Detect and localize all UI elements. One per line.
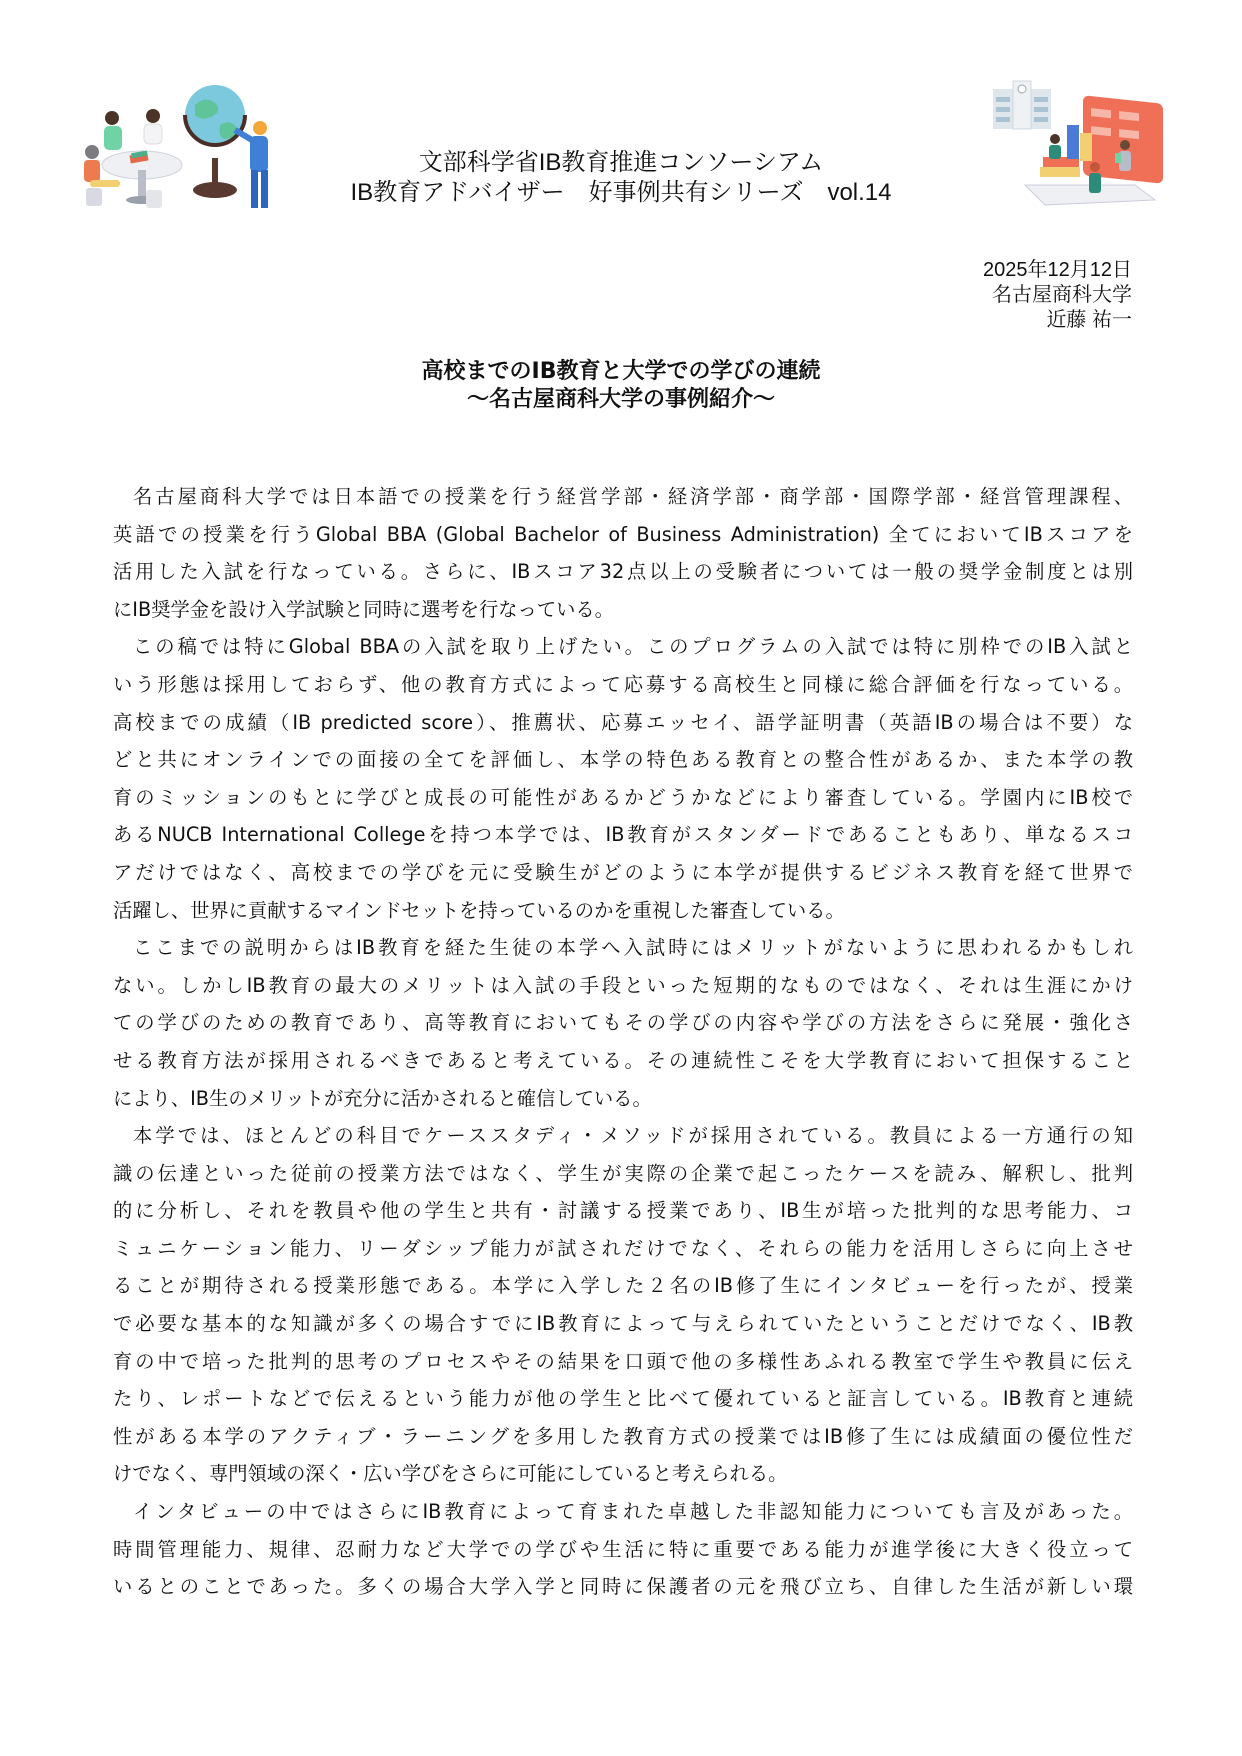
paragraph-line: 活用した入試を行なっている。さらに、IBスコア32点以上の受験者については一般の…	[113, 553, 1133, 591]
paragraph-line: この稿では特にGlobal BBAの入試を取り上げたい。このプログラムの入試では…	[113, 628, 1133, 666]
paragraph-line: ての学びのための教育であり、高等教育においてもその学びの内容や学びの方法をさらに…	[113, 1004, 1133, 1042]
paragraph-line: アだけではなく、高校までの学びを元に受験生がどのように本学が提供するビジネス教育…	[113, 854, 1133, 892]
paragraph-line: 活躍し、世界に貢献するマインドセットを持っているのかを重視した審査している。	[113, 892, 1133, 930]
paragraph-line: にIB奨学金を設け入学試験と同時に選考を行なっている。	[113, 591, 1133, 629]
paragraph-line: ここまでの説明からはIB教育を経た生徒の本学へ入試時にはメリットがないように思わ…	[113, 929, 1133, 967]
paragraph-line: 的に分析し、それを教員や他の学生と共有・討議する授業であり、IB生が培った批判的…	[113, 1192, 1133, 1230]
paragraph-line: あるNUCB International Collegeを持つ本学では、IB教育…	[113, 816, 1133, 854]
document-date: 2025年12月12日	[983, 258, 1132, 283]
series-header: 文部科学省IB教育推進コンソーシアム IB教育アドバイザー 好事例共有シリーズ …	[0, 148, 1242, 208]
institution-name: 名古屋商科大学	[983, 283, 1132, 308]
paragraph-line: 名古屋商科大学では日本語での授業を行う経営学部・経済学部・商学部・国際学部・経営…	[113, 478, 1133, 516]
paragraph-line: いう形態は採用しておらず、他の教育方式によって応募する高校生と同様に総合評価を行…	[113, 666, 1133, 704]
paragraph-line: により、IB生のメリットが充分に活かされると確信している。	[113, 1080, 1133, 1118]
paragraph-line: 性がある本学のアクティブ・ラーニングを多用した教育方式の授業ではIB修了生には成…	[113, 1418, 1133, 1456]
paragraph-line: 育の中で培った批判的思考のプロセスやその結果を口頭で他の多様性あふれる教室で学生…	[113, 1343, 1133, 1381]
article-title: 高校までのIB教育と大学での学びの連続 〜名古屋商科大学の事例紹介〜	[0, 358, 1242, 414]
paragraph-line: どと共にオンラインでの面接の全てを評価し、本学の特色ある教育との整合性があるか、…	[113, 741, 1133, 779]
article-body: 名古屋商科大学では日本語での授業を行う経営学部・経済学部・商学部・国際学部・経営…	[113, 478, 1133, 1606]
author-name: 近藤 祐一	[983, 308, 1132, 333]
article-title-main: 高校までのIB教育と大学での学びの連続	[0, 358, 1242, 386]
consortium-title: 文部科学省IB教育推進コンソーシアム	[0, 148, 1242, 178]
paragraph-line: ない。しかしIB教育の最大のメリットは入試の手段といった短期的なものではなく、そ…	[113, 967, 1133, 1005]
paragraph-line: けでなく、専門領域の深く・広い学びをさらに可能にしていると考えられる。	[113, 1455, 1133, 1493]
paragraph-line: せる教育方法が採用されるべきであると考えている。その連続性こそを大学教育において…	[113, 1042, 1133, 1080]
paragraph-line: 育のミッションのもとに学びと成長の可能性があるかどうかなどにより審査している。学…	[113, 779, 1133, 817]
article-subtitle: 〜名古屋商科大学の事例紹介〜	[0, 386, 1242, 414]
paragraph-line: 本学では、ほとんどの科目でケーススタディ・メソッドが採用されている。教員による一…	[113, 1117, 1133, 1155]
paragraph-line: で必要な基本的な知識が多くの場合すでにIB教育によって与えられていたということだ…	[113, 1305, 1133, 1343]
paragraph-line: インタビューの中ではさらにIB教育によって育まれた卓越した非認知能力についても言…	[113, 1493, 1133, 1531]
paragraph-line: 高校までの成績（IB predicted score）、推薦状、応募エッセイ、語…	[113, 704, 1133, 742]
series-title: IB教育アドバイザー 好事例共有シリーズ vol.14	[0, 178, 1242, 208]
paragraph-line: たり、レポートなどで伝えるという能力が他の学生と比べて優れていると証言している。…	[113, 1380, 1133, 1418]
paragraph-line: ることが期待される授業形態である。本学に入学した２名のIB修了生にインタビューを…	[113, 1267, 1133, 1305]
paragraph-line: いるとのことであった。多くの場合大学入学と同時に保護者の元を飛び立ち、自律した生…	[113, 1568, 1133, 1606]
document-meta: 2025年12月12日 名古屋商科大学 近藤 祐一	[983, 258, 1132, 333]
paragraph-line: 識の伝達といった従前の授業方法ではなく、学生が実際の企業で起こったケースを読み、…	[113, 1155, 1133, 1193]
paragraph-line: 時間管理能力、規律、忍耐力など大学での学びや生活に特に重要である能力が進学後に大…	[113, 1531, 1133, 1569]
paragraph-line: ミュニケーション能力、リーダシップ能力が試されだけでなく、それらの能力を活用しさ…	[113, 1230, 1133, 1268]
paragraph-line: 英語での授業を行うGlobal BBA (Global Bachelor of …	[113, 516, 1133, 554]
